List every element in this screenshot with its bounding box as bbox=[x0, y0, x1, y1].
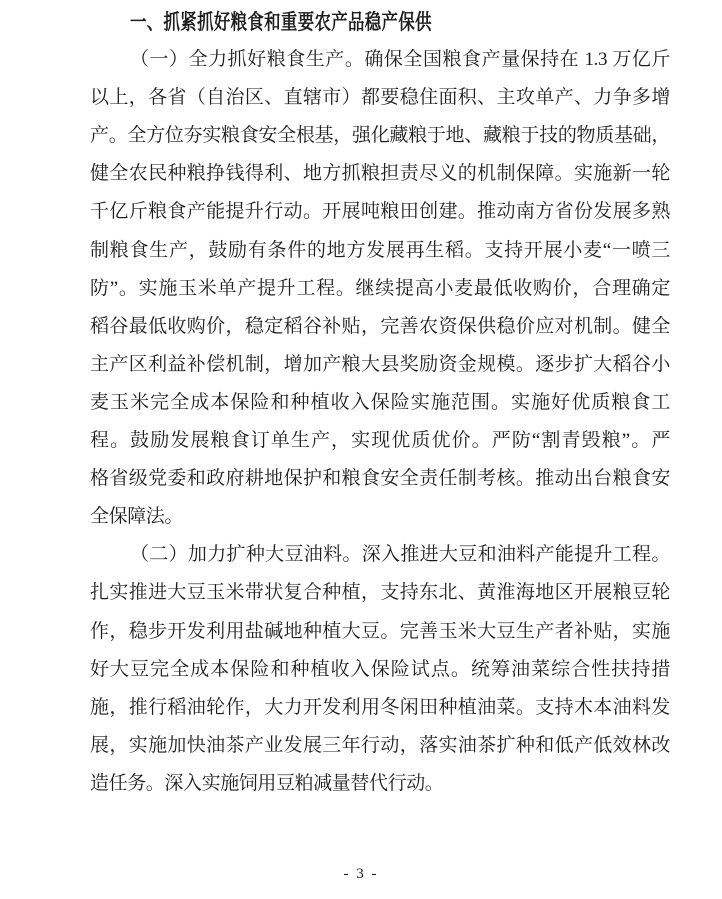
document-body: 一、抓紧抓好粮食和重要农产品稳产保供 （一）全力抓好粮食生产。确保全国粮食产量保… bbox=[90, 3, 670, 803]
paragraph-2-line: （二）加力扩种大豆油料。深入推进大豆和油料产能提升工程。 bbox=[90, 536, 670, 574]
section-heading-text: 一、抓紧抓好粮食和重要农产品稳产保供 bbox=[130, 3, 432, 41]
paragraph-2-line: 展，实施加快油茶产业发展三年行动，落实油茶扩种和低产低效林改 bbox=[90, 727, 670, 765]
paragraph-1-line: 麦玉米完全成本保险和种植收入保险实施范围。实施好优质粮食工 bbox=[90, 384, 670, 422]
paragraph-1-line: 制粮食生产，鼓励有条件的地方发展再生稻。支持开展小麦“一喷三 bbox=[90, 232, 670, 270]
paragraph-1-line: 产。全方位夯实粮食安全根基，强化藏粮于地、藏粮于技的物质基础， bbox=[90, 117, 670, 155]
page-number: - 3 - bbox=[0, 866, 722, 883]
paragraph-1-line: 千亿斤粮食产能提升行动。开展吨粮田创建。推动南方省份发展多熟 bbox=[90, 193, 670, 231]
paragraph-1-line: （一）全力抓好粮食生产。确保全国粮食产量保持在 1.3 万亿斤 bbox=[90, 41, 670, 79]
paragraph-2-line: 好大豆完全成本保险和种植收入保险试点。统筹油菜综合性扶持措 bbox=[90, 651, 670, 689]
paragraph-1-line: 防”。实施玉米单产提升工程。继续提高小麦最低收购价，合理确定 bbox=[90, 270, 670, 308]
section-heading: 一、抓紧抓好粮食和重要农产品稳产保供 bbox=[90, 3, 670, 41]
paragraph-1-line: 程。鼓励发展粮食订单生产，实现优质优价。严防“割青毁粮”。严 bbox=[90, 422, 670, 460]
paragraph-1-line: 主产区利益补偿机制，增加产粮大县奖励资金规模。逐步扩大稻谷小 bbox=[90, 346, 670, 384]
paragraph-1-line: 以上，各省（自治区、直辖市）都要稳住面积、主攻单产、力争多增 bbox=[90, 79, 670, 117]
paragraph-2-line: 作，稳步开发利用盐碱地种植大豆。完善玉米大豆生产者补贴，实施 bbox=[90, 613, 670, 651]
paragraph-1-line: 格省级党委和政府耕地保护和粮食安全责任制考核。推动出台粮食安 bbox=[90, 460, 670, 498]
document-page: 一、抓紧抓好粮食和重要农产品稳产保供 （一）全力抓好粮食生产。确保全国粮食产量保… bbox=[0, 0, 722, 899]
paragraph-2-line: 造任务。深入实施饲用豆粕减量替代行动。 bbox=[90, 765, 670, 803]
paragraph-1-line: 健全农民种粮挣钱得利、地方抓粮担责尽义的机制保障。实施新一轮 bbox=[90, 155, 670, 193]
paragraph-2-line: 施，推行稻油轮作，大力开发利用冬闲田种植油菜。支持木本油料发 bbox=[90, 689, 670, 727]
paragraph-2-line: 扎实推进大豆玉米带状复合种植，支持东北、黄淮海地区开展粮豆轮 bbox=[90, 574, 670, 612]
paragraph-1-line: 全保障法。 bbox=[90, 498, 670, 536]
paragraph-1-line: 稻谷最低收购价，稳定稻谷补贴，完善农资保供稳价应对机制。健全 bbox=[90, 308, 670, 346]
